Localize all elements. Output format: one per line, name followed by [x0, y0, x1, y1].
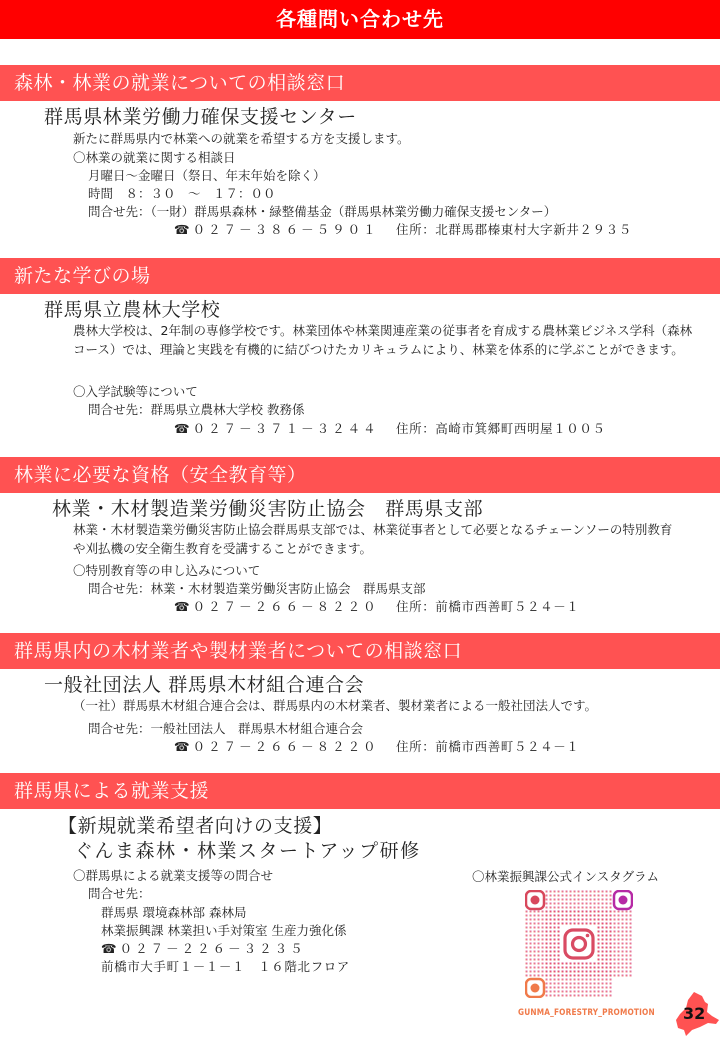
org-name: 林業・木材製造業労働災害防止協会 群馬県支部	[52, 494, 483, 521]
org-name: 群馬県林業労働力確保支援センター	[44, 102, 357, 129]
address: 住所：前橋市西善町５２４－１	[396, 598, 579, 616]
subheading: 〇群馬県による就業支援等の問合せ	[73, 867, 273, 885]
phone-number: ☎０２７－３８６－５９０１	[174, 221, 379, 239]
description: 農林大学校は、2年制の専修学校です。林業団体や林業関連産業の従事者を育成する農林…	[73, 322, 703, 359]
phone-number: ☎０２７－２６６－８２２０	[174, 598, 379, 616]
program-category: 【新規就業希望者向けの支援】	[58, 811, 332, 838]
phone-number: ☎０２７－２２６－３２３５	[101, 940, 306, 958]
instagram-qr-code-icon[interactable]	[525, 890, 633, 998]
subheading: 〇林業の就業に関する相談日	[73, 149, 236, 167]
phone-number: ☎０２７－３７１－３２４４	[174, 420, 379, 438]
page-title: 各種問い合わせ先	[0, 0, 720, 39]
instagram-label: 〇林業振興課公式インスタグラム	[472, 867, 659, 885]
contact: 問合せ先：（一財）群馬県森林・緑整備基金（群馬県林業労働力確保支援センター）	[88, 203, 556, 221]
phone-number: ☎０２７－２６６－８２２０	[174, 738, 379, 756]
address: 住所：北群馬郡榛東村大字新井２９３５	[396, 221, 632, 239]
instagram-handle: GUNMA_FORESTRY_PROMOTION	[518, 1008, 655, 1018]
address: 住所：高崎市箕郷町西明屋１００５	[396, 420, 606, 438]
section-heading-lumber-consultation: 群馬県内の木材業者や製材業者についての相談窓口	[0, 633, 720, 669]
subheading: 〇入学試験等について	[73, 383, 198, 401]
description: 林業・木材製造業労働災害防止協会群馬県支部では、林業従事者として必要となるチェー…	[73, 521, 683, 558]
page-number: 32	[683, 1004, 705, 1023]
section-heading-prefecture-support: 群馬県による就業支援	[0, 773, 720, 809]
section-heading-qualifications: 林業に必要な資格（安全教育等）	[0, 457, 720, 493]
contact: 問合せ先：林業・木材製造業労働災害防止協会 群馬県支部	[88, 580, 426, 598]
address: 住所：前橋市西善町５２４－１	[396, 738, 579, 756]
contact-label: 問合せ先：	[88, 885, 151, 903]
subheading: 〇特別教育等の申し込みについて	[73, 562, 260, 580]
consultation-hours: 時間 ８：３０ ～ １７：００	[88, 185, 276, 203]
org-name: 群馬県立農林大学校	[44, 295, 220, 322]
contact: 問合せ先：一般社団法人 群馬県木材組合連合会	[88, 720, 363, 738]
program-name: ぐんま森林・林業スタートアップ研修	[74, 836, 421, 863]
address: 前橋市大手町１－１－１ １６階北フロア	[101, 958, 350, 976]
description: 新たに群馬県内で林業への就業を希望する方を支援します。	[73, 130, 410, 148]
section-heading-employment-consultation: 森林・林業の就業についての相談窓口	[0, 65, 720, 101]
department: 群馬県 環境森林部 森林局	[101, 904, 246, 922]
division: 林業振興課 林業担い手対策室 生産力強化係	[101, 922, 346, 940]
org-name: 一般社団法人 群馬県木材組合連合会	[44, 670, 364, 697]
description: （一社）群馬県木材組合連合会は、群馬県内の木材業者、製材業者による一般社団法人で…	[73, 697, 597, 715]
contact: 問合せ先：群馬県立農林大学校 教務係	[88, 401, 304, 419]
consultation-days: 月曜日～金曜日（祭日、年末年始を除く）	[88, 167, 326, 185]
section-heading-new-learning: 新たな学びの場	[0, 258, 720, 294]
